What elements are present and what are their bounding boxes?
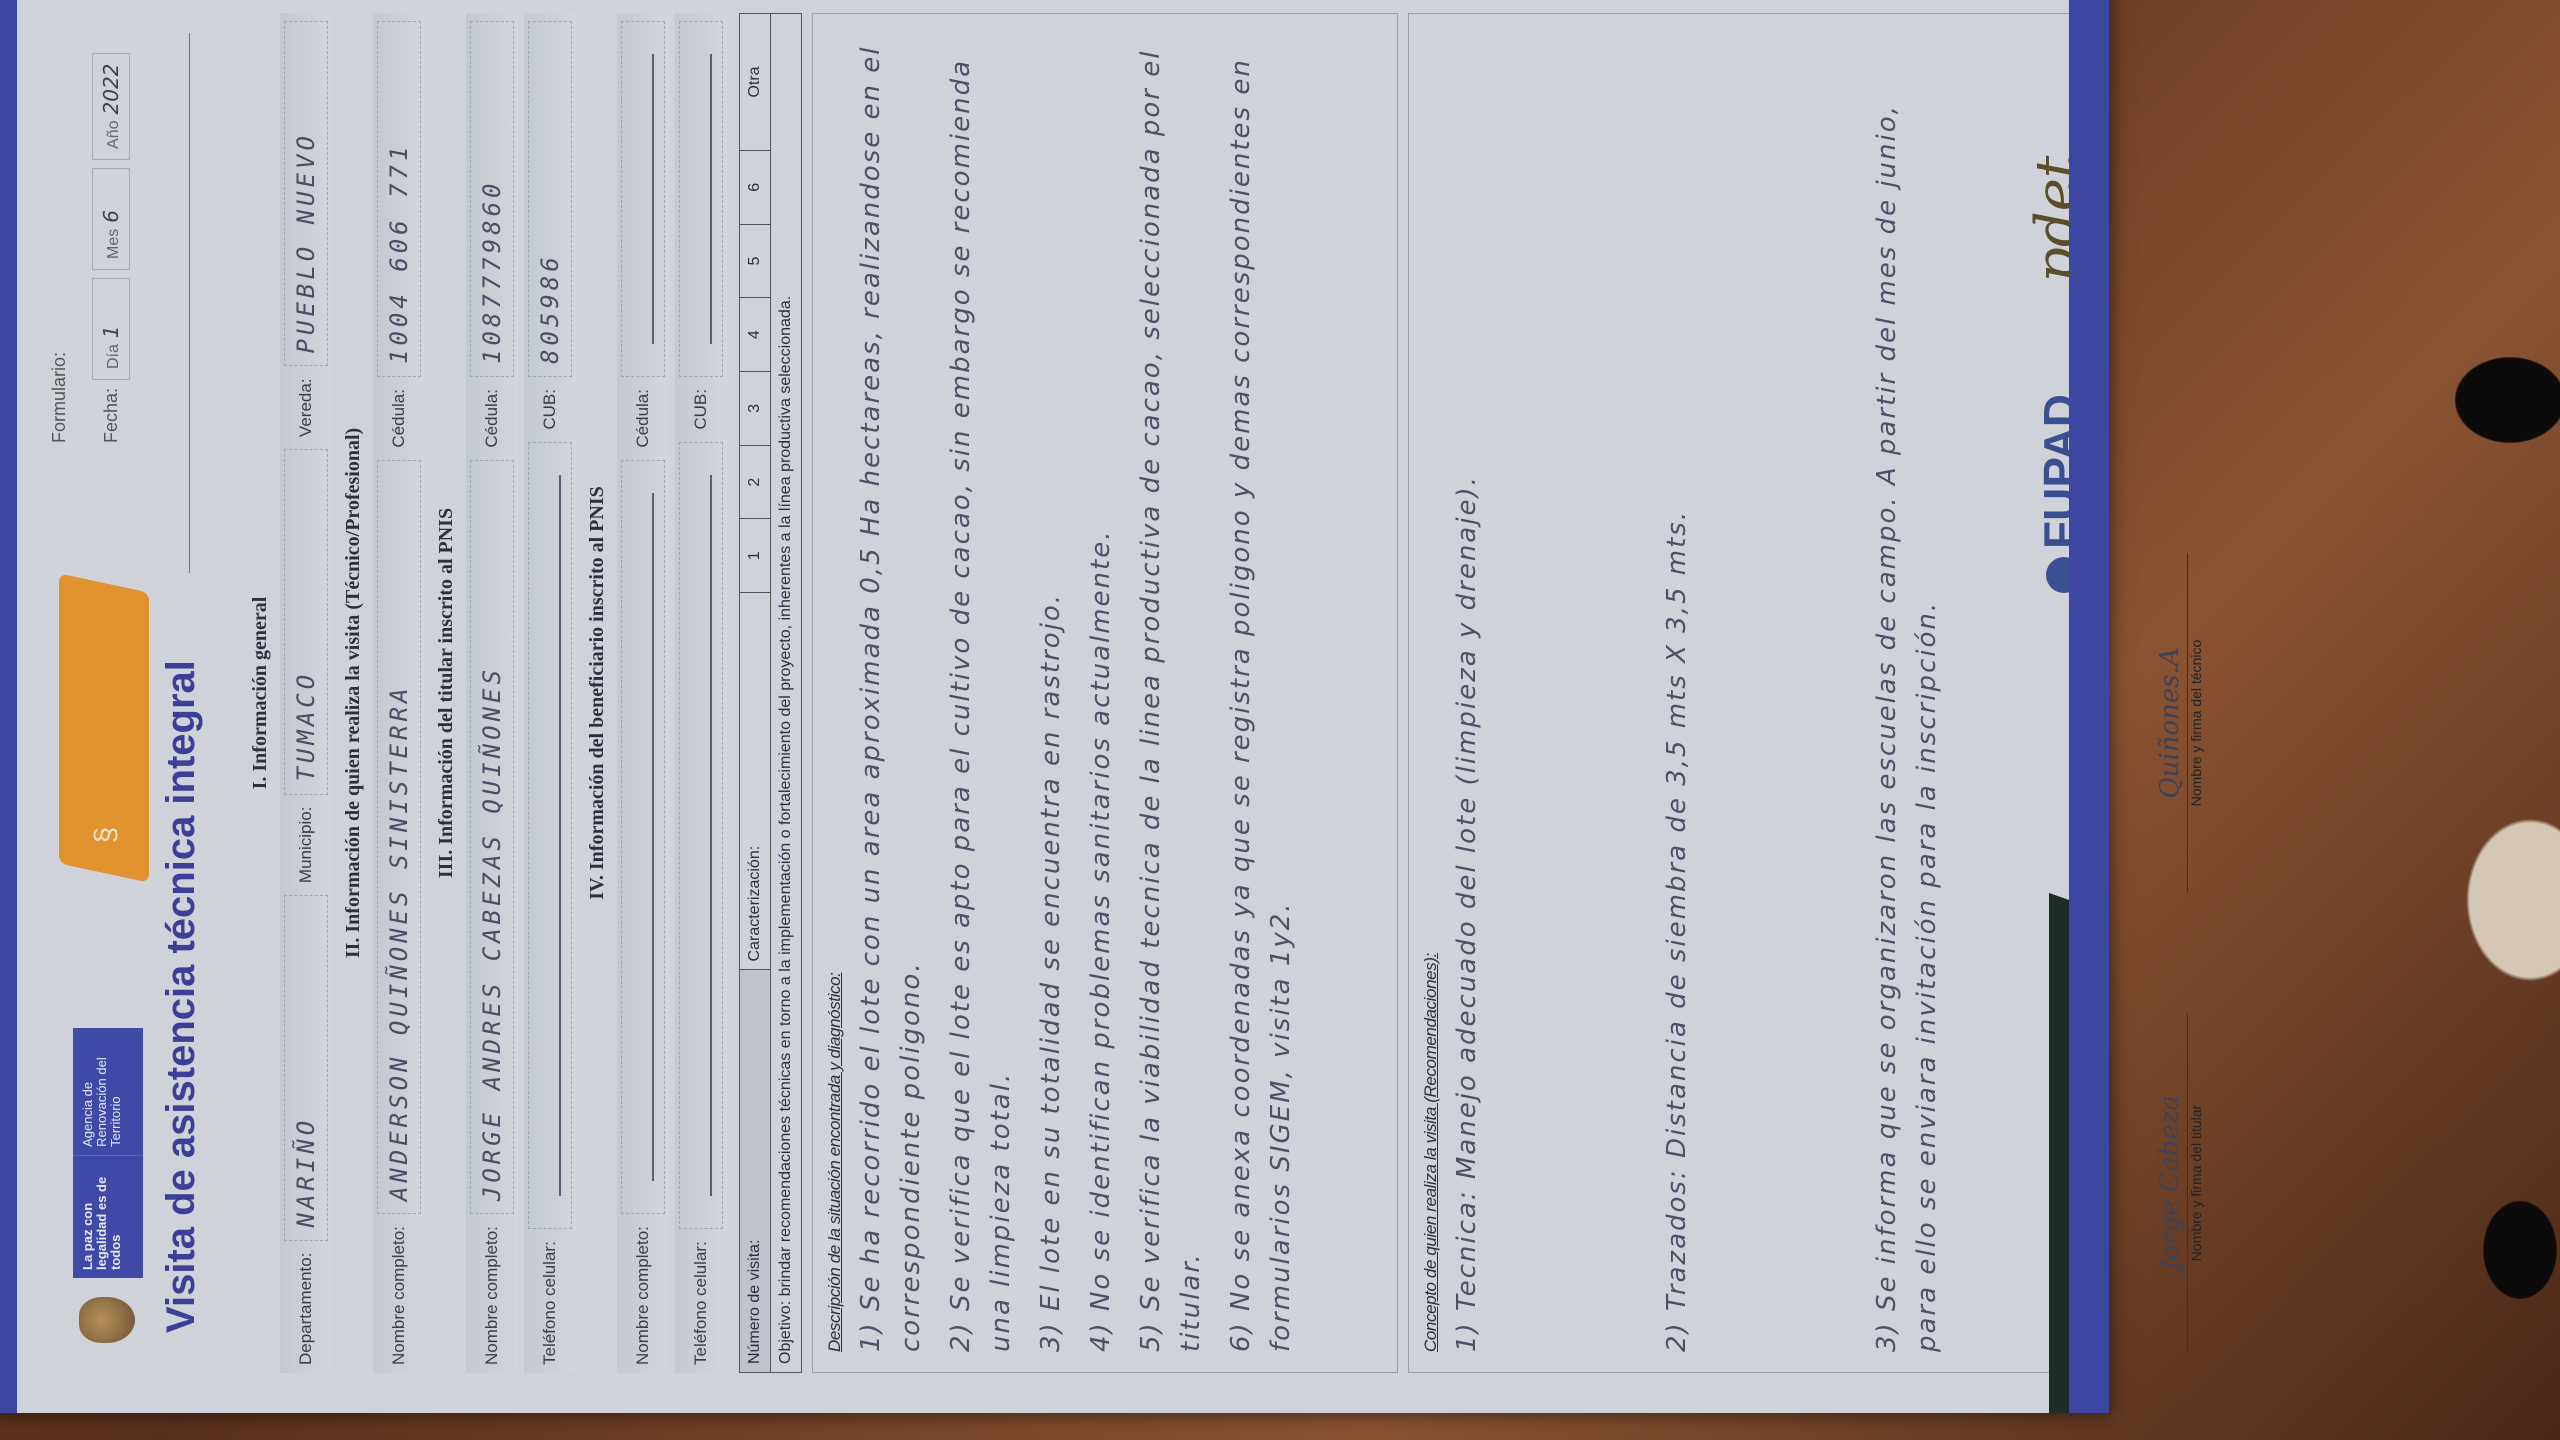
anio-field[interactable]: Año2022 xyxy=(92,53,130,160)
visit-col-4[interactable]: 4 xyxy=(740,298,771,372)
form-meta: Formulario: Fecha: Día1 Mes6 Año2022 xyxy=(49,33,130,443)
formulario-label: Formulario: xyxy=(49,33,70,443)
departamento-field[interactable]: NARIÑO xyxy=(284,895,328,1240)
concepto-heading: Concepto de quien realiza la visita (Rec… xyxy=(1421,34,1441,1352)
signatures: Jorge Cabeza Nombre y firma del titular … xyxy=(2155,13,2204,1373)
titular-cub-label: CUB: xyxy=(540,389,560,430)
beneficiario-nombre-label: Nombre completo: xyxy=(633,1226,653,1365)
titular-telefono-row: Teléfono celular: CUB: 805986 xyxy=(524,13,576,1373)
diagnostico-box: Descripción de la situación encontrada y… xyxy=(812,13,1398,1373)
concepto-item: 1) Tecnica: Manejo adecuado del lote (li… xyxy=(1447,34,1487,1352)
concepto-item: 3) Se informa que se organizaron las esc… xyxy=(1867,34,1947,1352)
diagnostico-item: 6) No se anexa coordenadas ya que se reg… xyxy=(1221,34,1301,1352)
caracterizacion-label: Caracterización: xyxy=(740,593,771,970)
tecnico-signature-caption: Nombre y firma del técnico xyxy=(2188,553,2204,893)
diagnostico-heading: Descripción de la situación encontrada y… xyxy=(825,34,845,1352)
visit-col-1[interactable]: 1 xyxy=(740,519,771,593)
municipio-field[interactable]: TUMACO xyxy=(284,449,328,794)
titular-signature[interactable]: Jorge Cabeza Nombre y firma del titular xyxy=(2155,1013,2204,1353)
beneficiario-cub-label: CUB: xyxy=(691,389,711,430)
beneficiario-cedula-field[interactable] xyxy=(621,21,665,377)
top-blue-band xyxy=(0,0,17,1413)
dia-field[interactable]: Día1 xyxy=(92,278,130,380)
tecnico-nombre-label: Nombre completo: xyxy=(389,1226,409,1365)
mes-label: Mes xyxy=(105,229,122,259)
diagnostico-item: 5) Se verifica la viabilidad tecnica de … xyxy=(1131,34,1211,1352)
form-header: La paz con legalidad es de todos Agencia… xyxy=(39,13,239,1373)
objetivo-text: Objetivo: brindar recomendaciones técnic… xyxy=(771,13,802,1373)
concepto-text[interactable]: 1) Tecnica: Manejo adecuado del lote (li… xyxy=(1447,34,1947,1352)
strike-line xyxy=(632,54,654,344)
fecha-row: Fecha: Día1 Mes6 Año2022 xyxy=(92,33,130,443)
visit-number-table: Número de visita: Caracterización: 1 2 3… xyxy=(739,13,771,1373)
section4-heading: IV. Información del beneficiario inscrit… xyxy=(586,13,609,1373)
anio-label: Año xyxy=(105,121,122,149)
agency-name: Agencia de Renovación del Territorio xyxy=(73,1028,143,1156)
tecnico-row: Nombre completo: ANDERSON QUIÑONES SINIS… xyxy=(373,13,425,1373)
pdet-banner-logo: § xyxy=(59,573,149,882)
bottom-blue-band xyxy=(2069,0,2109,1413)
beneficiario-cedula-label: Cédula: xyxy=(633,389,653,448)
fecha-label: Fecha: xyxy=(101,388,122,443)
diagnostico-item: 2) Se verifica que el lote es apto para … xyxy=(941,34,1021,1352)
municipio-label: Municipio: xyxy=(296,807,316,884)
titular-signature-caption: Nombre y firma del titular xyxy=(2188,1013,2204,1353)
diagnostico-text[interactable]: 1) Se ha recorrido el lote con un area a… xyxy=(851,34,1301,1352)
general-info-row: Departamento: NARIÑO Municipio: TUMACO V… xyxy=(280,13,332,1373)
departamento-label: Departamento: xyxy=(296,1253,316,1365)
anio-value: 2022 xyxy=(99,64,123,115)
titular-cub-field[interactable]: 805986 xyxy=(528,21,572,377)
beneficiario-telefono-field[interactable] xyxy=(679,442,723,1230)
titular-signature-name: Jorge Cabeza xyxy=(2155,1013,2188,1353)
diagnostico-item: 1) Se ha recorrido el lote con un area a… xyxy=(851,34,931,1352)
dia-label: Día xyxy=(105,344,122,369)
section2-heading: II. Información de quien realiza la visi… xyxy=(342,13,365,1373)
diagnostico-item: 4) No se identifican problemas sanitario… xyxy=(1081,34,1121,1352)
visit-col-2[interactable]: 2 xyxy=(740,445,771,519)
section3-heading: III. Información del titular inscrito al… xyxy=(435,13,458,1373)
visit-col-3[interactable]: 3 xyxy=(740,372,771,446)
titular-nombre-row: Nombre completo: JORGE ANDRES CABEZAS QU… xyxy=(466,13,518,1373)
title-divider xyxy=(189,33,190,573)
titular-cedula-label: Cédula: xyxy=(482,389,502,448)
beneficiario-telefono-label: Teléfono celular: xyxy=(691,1241,711,1365)
visit-col-5[interactable]: 5 xyxy=(740,224,771,298)
page-title: Visita de asistencia técnica integral xyxy=(159,660,204,1333)
diagnostico-item: 3) El lote en su totalidad se encuentra … xyxy=(1031,34,1071,1352)
titular-nombre-label: Nombre completo: xyxy=(482,1226,502,1365)
form-paper: La paz con legalidad es de todos Agencia… xyxy=(0,0,2109,1413)
agency-slogan: La paz con legalidad es de todos xyxy=(73,1156,143,1278)
beneficiario-cub-field[interactable] xyxy=(679,21,723,377)
concepto-box: Concepto de quien realiza la visita (Rec… xyxy=(1408,13,2074,1373)
coat-of-arms-icon xyxy=(79,1297,135,1343)
vereda-field[interactable]: PUEBLO NUEVO xyxy=(284,21,328,366)
titular-telefono-field[interactable] xyxy=(528,442,572,1230)
visit-col-6[interactable]: 6 xyxy=(740,150,771,224)
titular-cedula-field[interactable]: 1087779860 xyxy=(470,21,514,377)
mes-field[interactable]: Mes6 xyxy=(92,168,130,270)
numero-visita-label: Número de visita: xyxy=(740,970,771,1373)
tecnico-cedula-label: Cédula: xyxy=(389,389,409,448)
beneficiario-telefono-row: Teléfono celular: CUB: xyxy=(675,13,727,1373)
strike-line xyxy=(632,493,654,1182)
spiral-icon: § xyxy=(89,827,123,844)
tecnico-nombre-field[interactable]: ANDERSON QUIÑONES SINISTERRA xyxy=(377,460,421,1215)
agency-logo: La paz con legalidad es de todos Agencia… xyxy=(73,1028,143,1278)
mes-value: 6 xyxy=(99,210,123,223)
strike-line xyxy=(539,475,561,1197)
tecnico-cedula-field[interactable]: 1004 606 771 xyxy=(377,21,421,377)
beneficiario-nombre-row: Nombre completo: Cédula: xyxy=(617,13,669,1373)
dia-value: 1 xyxy=(99,325,123,338)
tecnico-signature[interactable]: Quiñones.A Nombre y firma del técnico xyxy=(2155,553,2204,893)
titular-telefono-label: Teléfono celular: xyxy=(540,1241,560,1365)
tecnico-signature-name: Quiñones.A xyxy=(2155,553,2188,893)
vereda-label: Vereda: xyxy=(296,378,316,437)
titular-nombre-field[interactable]: JORGE ANDRES CABEZAS QUIÑONES xyxy=(470,460,514,1215)
concepto-item: 2) Trazados: Distancia de siembra de 3,5… xyxy=(1657,34,1697,1352)
strike-line xyxy=(690,54,712,344)
strike-line xyxy=(690,475,712,1197)
visit-col-otra[interactable]: Otra xyxy=(740,14,771,151)
beneficiario-nombre-field[interactable] xyxy=(621,460,665,1215)
section1-heading: I. Información general xyxy=(249,13,272,1373)
